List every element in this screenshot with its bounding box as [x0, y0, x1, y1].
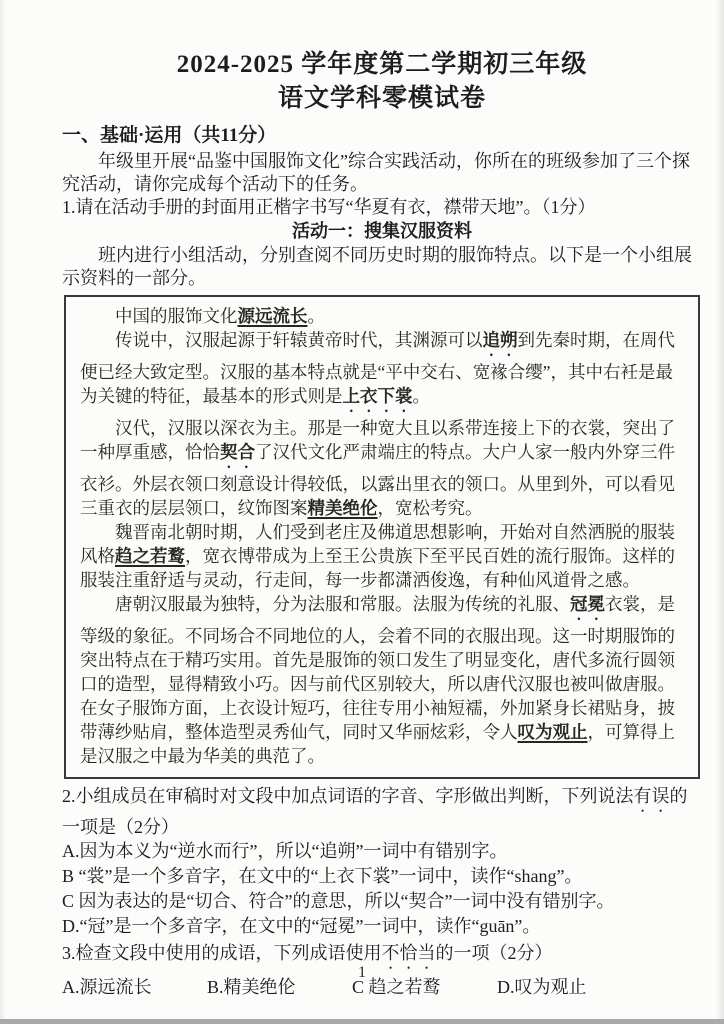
question-2-stem: 2.小组成员在审稿时对文段中加点词语的字音、字形做出判断，下列说法有误的一项是（… — [62, 785, 702, 839]
scan-edge-right — [716, 0, 724, 1024]
question-2-option-c: C 因为表达的是“切合、符合”的意思，所以“契合”一词中没有错别字。 — [62, 889, 702, 914]
question-2-option-b: B “裳”是一个多音字，在文中的“上衣下裳”一词中，读作“shang”。 — [62, 864, 702, 889]
box-paragraph-3: 汉代，汉服以深衣为主。那是一种宽大且以系带连接上下的衣裳，突出了一种厚重感，恰恰… — [80, 416, 684, 520]
question-2-option-a: A.因为本义为“逆水而行”，所以“追朔”一词中有错别字。 — [62, 839, 702, 864]
exam-title-line1: 2024-2025 学年度第二学期初三年级 — [62, 48, 702, 82]
box-paragraph-5: 唐朝汉服最为独特，分为法服和常服。法服为传统的礼服、冠冕衣裳，是等级的象征。不同… — [80, 592, 684, 768]
box-paragraph-1: 中国的服饰文化源远流长。 — [80, 304, 684, 328]
box-paragraph-4: 魏晋南北朝时期，人们受到老庄及佛道思想影响，开始对自然洒脱的服装风格趋之若鹜，宽… — [80, 520, 684, 592]
activity-heading: 活动一：搜集汉服资料 — [62, 220, 702, 243]
exam-page: 2024-2025 学年度第二学期初三年级 语文学科零模试卷 一、基础·运用（共… — [0, 0, 724, 1024]
question-2-option-d: D.“冠”是一个多音字，在文中的“冠冕”一词中，读作“guān”。 — [62, 914, 702, 939]
scan-edge-left — [0, 0, 6, 1024]
page-number: 1 — [0, 964, 724, 982]
scan-edge-bottom — [0, 1019, 724, 1024]
material-box: 中国的服饰文化源远流长。 传说中，汉服起源于轩辕黄帝时代，其渊源可以追朔到先秦时… — [64, 295, 700, 779]
box-paragraph-2: 传说中，汉服起源于轩辕黄帝时代，其渊源可以追朔到先秦时期，在周代便已经大致定型。… — [80, 328, 684, 416]
section-intro: 年级里开展“品鉴中国服饰文化”综合实践活动，你所在的班级参加了三个探究活动，请你… — [62, 150, 702, 196]
question-1: 1.请在活动手册的封面用正楷字书写“华夏有衣，襟带天地”。（1分） — [62, 196, 702, 219]
section-heading: 一、基础·运用（共11分） — [62, 124, 702, 148]
exam-title-line2: 语文学科零模试卷 — [62, 82, 702, 116]
page-content: 2024-2025 学年度第二学期初三年级 语文学科零模试卷 一、基础·运用（共… — [62, 48, 702, 1000]
activity-lead: 班内进行小组活动，分别查阅不同历史时期的服饰特点。以下是一个小组展示资料的一部分… — [62, 244, 702, 290]
